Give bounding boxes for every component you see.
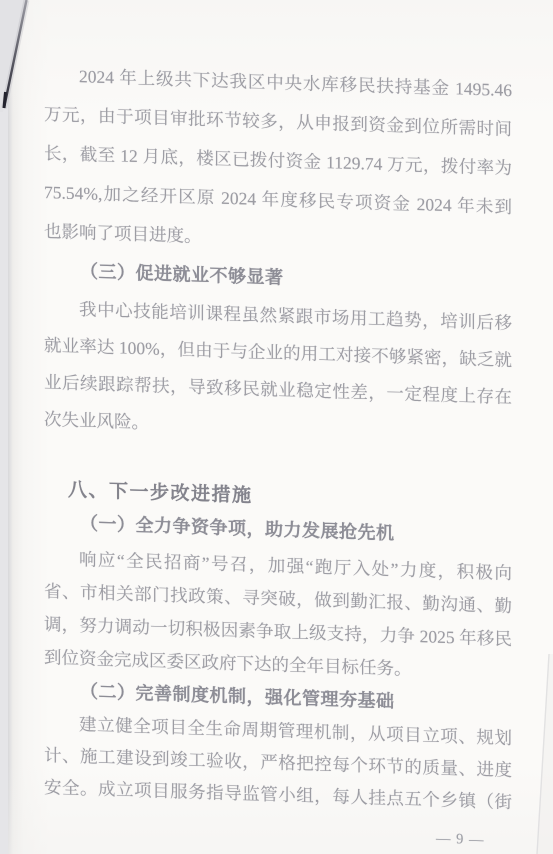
page-edge-crease (529, 654, 553, 854)
paragraph-employment: 我中心技能培训课程虽然紧跟市场用工趋势，培训后移民 就业率达 100%，但由于与… (44, 290, 512, 453)
page-number: — 9 — (436, 827, 512, 853)
paragraph-funding: 2024 年上级共下达我区中央水库移民扶持基金 1495.46 万元，由于项目审… (44, 56, 512, 266)
scanned-document-page: 2024 年上级共下达我区中央水库移民扶持基金 1495.46 万元，由于项目审… (0, 0, 553, 854)
paragraph-improve-institutions: 建立健全项目全生命周期管理机制，从项目立项、规划设 计、施工建设到竣工验收，严格… (44, 707, 512, 818)
document-content: 2024 年上级共下达我区中央水库移民扶持基金 1495.46 万元，由于项目审… (44, 56, 512, 853)
page-fold-corner (0, 0, 44, 124)
paragraph-strive-for-funds: 响应“全民招商”号召，加强“跑厅入处”力度，积极向 省、市相关部门找政策、寻突破… (44, 542, 512, 689)
